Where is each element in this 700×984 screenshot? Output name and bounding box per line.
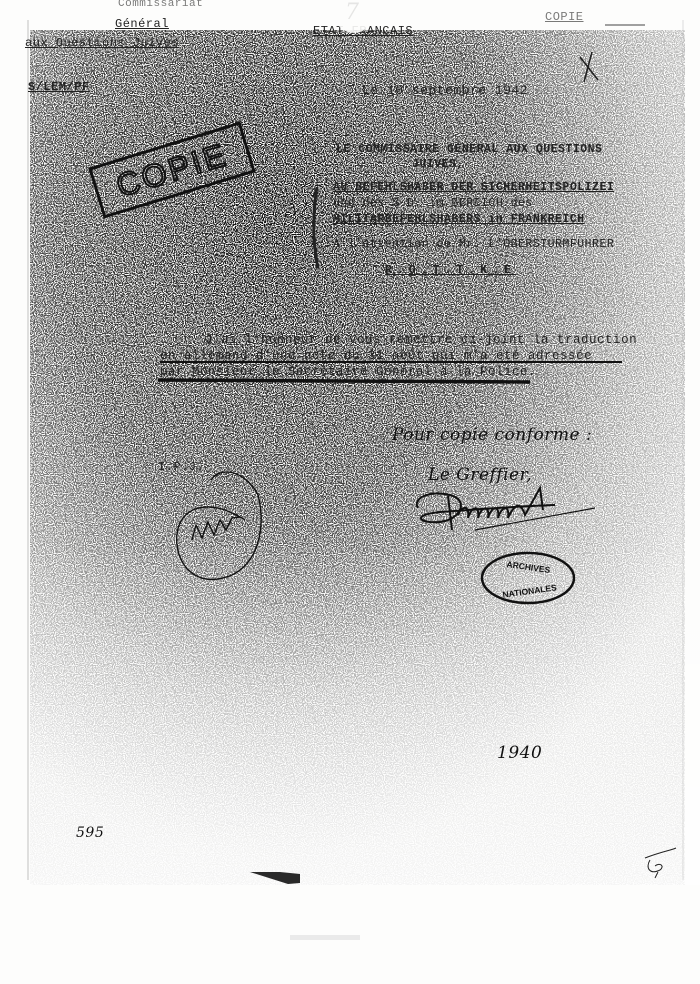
recipient-line2: und des S.D. im BEREICH des	[333, 197, 533, 210]
body-line2: en allemand d'une note du 31 août qui m'…	[160, 349, 592, 363]
folio-handwritten: 7	[345, 0, 360, 25]
sender-line1: LE COMMISSAIRE GENERAL AUX QUESTIONS	[336, 143, 602, 156]
reference-code: S/LEM/PF	[28, 80, 90, 94]
document-page: Commissariat Général aux Questions Juive…	[0, 0, 700, 984]
header-left-line0: Commissariat	[118, 0, 203, 10]
handwritten-number: 1940	[497, 743, 542, 763]
certification-line1: Pour copie conforme :	[392, 425, 592, 445]
sender-line2: JUIVES,	[412, 158, 464, 171]
header-left-line2: aux Questions Juives	[25, 36, 179, 50]
header-left-line1: Général	[115, 17, 169, 31]
certification-line2: Le Greffier,	[428, 465, 532, 485]
header-etat-francais: ETAT FRANCAIS	[313, 24, 413, 38]
recipient-attention: A l'attention de Mr. L'OBERSTURMFUHRER	[333, 238, 614, 251]
header-copie-mark: COPIE	[545, 10, 584, 24]
recipient-line1: AU BEFEHLSHABER DER SICHERHEITSPOLIZEI	[333, 181, 614, 194]
body-line1: J'ai l'honneur de vous remettre ci-joint…	[205, 333, 637, 347]
body-line3: par Monsieur le Secrétaire Général à la …	[160, 365, 536, 379]
page-number: 595	[76, 825, 104, 841]
recipient-line3: MILITARBEFEHLSHABERS in FRANKREICH	[333, 213, 585, 226]
date-line: Le 10 septembre 1942	[362, 83, 528, 98]
initials-ipj: I.P.J.	[158, 460, 204, 474]
recipient-name: R.Ö.T.T.K.E	[385, 264, 516, 277]
